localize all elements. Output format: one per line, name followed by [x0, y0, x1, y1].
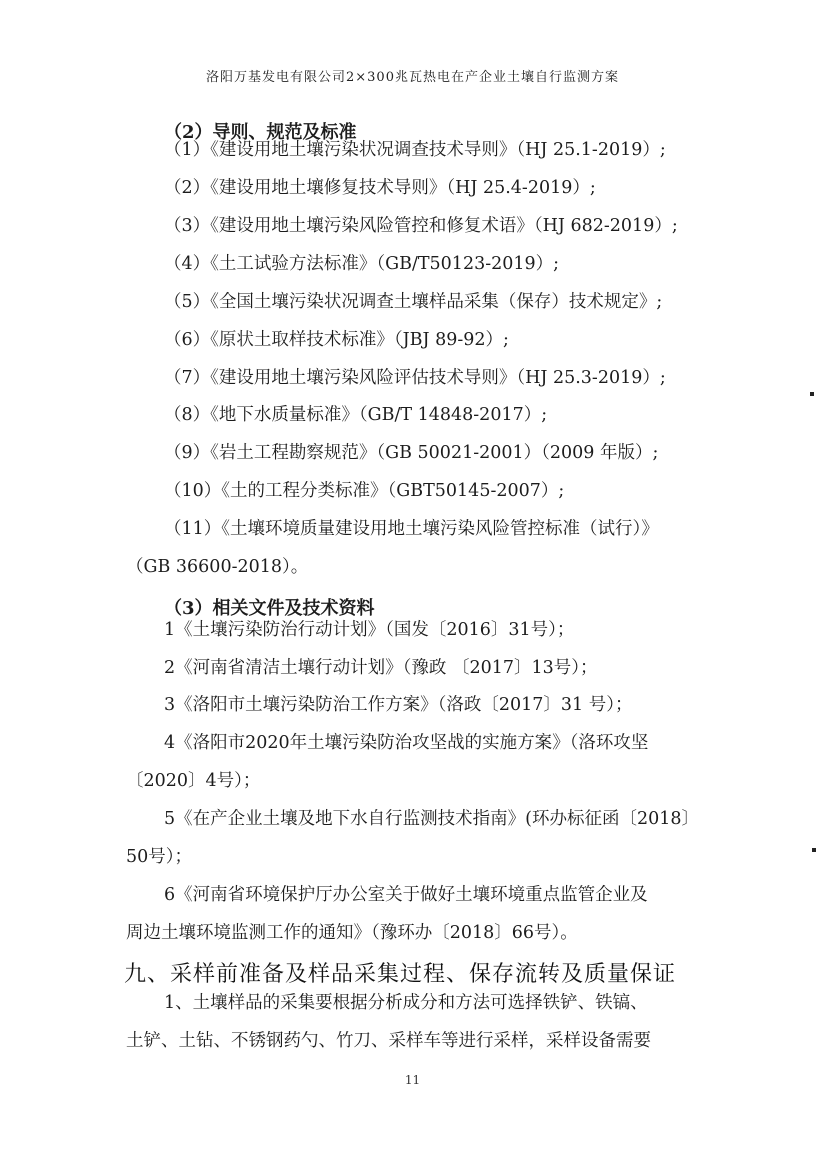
- chapter-heading: 九、采样前准备及样品采集过程、保存流转及质量保证: [124, 957, 676, 988]
- document-item: 5《在产企业土壤及地下水自行监测技术指南》(环办标征函〔2018〕: [164, 805, 699, 830]
- reference-item: （2）《建设用地土壤修复技术导则》（HJ 25.4-2019）;: [164, 174, 596, 199]
- document-item-continuation: 〔2020〕4号）；: [126, 767, 260, 792]
- document-item-continuation: 周边土壤环境监测工作的通知》（豫环办〔2018〕66号）。: [126, 919, 578, 944]
- scan-artifact-mark: [810, 392, 814, 396]
- document-item: 4《洛阳市2020年土壤污染防治攻坚战的实施方案》（洛环攻坚: [164, 729, 648, 754]
- running-header: 洛阳万基发电有限公司2×300兆瓦热电在产企业土壤自行监测方案: [0, 66, 825, 85]
- reference-item: （10）《土的工程分类标准》（GBT50145-2007）;: [164, 477, 564, 502]
- reference-item: （11）《土壤环境质量建设用地土壤污染风险管控标准（试行）》: [164, 515, 659, 540]
- document-item: 2《河南省清洁土壤行动计划》（豫政 〔2017〕13号）；: [164, 654, 598, 679]
- reference-item: （6）《原状土取样技术标准》（JBJ 89-92）;: [164, 326, 509, 351]
- paragraph-line: 土铲、土钻、不锈钢药勺、竹刀、采样车等进行采样，采样设备需要: [126, 1027, 651, 1052]
- document-item: 1《土壤污染防治行动计划》（国发〔2016〕31号）；: [164, 616, 574, 641]
- reference-item: （8）《地下水质量标准》（GB/T 14848-2017）;: [164, 401, 547, 426]
- document-item-continuation: 50号）；: [126, 843, 192, 868]
- reference-item-continuation: （GB 36600-2018）。: [126, 553, 308, 578]
- scan-artifact-mark: [812, 848, 816, 852]
- reference-item: （5）《全国土壤污染状况调查土壤样品采集（保存）技术规定》;: [164, 288, 662, 313]
- page-number: 11: [0, 1073, 825, 1087]
- reference-item: （9）《岩土工程勘察规范》（GB 50021-2001）（2009 年版）;: [164, 439, 658, 464]
- paragraph-line: 1、土壤样品的采集要根据分析成分和方法可选择铁铲、铁镐、: [164, 989, 648, 1014]
- document-item: 3《洛阳市土壤污染防治工作方案》（洛政〔2017〕31 号）；: [164, 691, 633, 716]
- reference-item: （4）《土工试验方法标准》（GB/T50123-2019）;: [164, 250, 559, 275]
- reference-item: （1）《建设用地土壤污染状况调查技术导则》（HJ 25.1-2019）;: [164, 136, 666, 161]
- reference-item: （3）《建设用地土壤污染风险管控和修复术语》（HJ 682-2019）;: [164, 212, 678, 237]
- document-item: 6《河南省环境保护厅办公室关于做好土壤环境重点监管企业及: [164, 881, 648, 906]
- reference-item: （7）《建设用地土壤污染风险评估技术导则》（HJ 25.3-2019）;: [164, 364, 666, 389]
